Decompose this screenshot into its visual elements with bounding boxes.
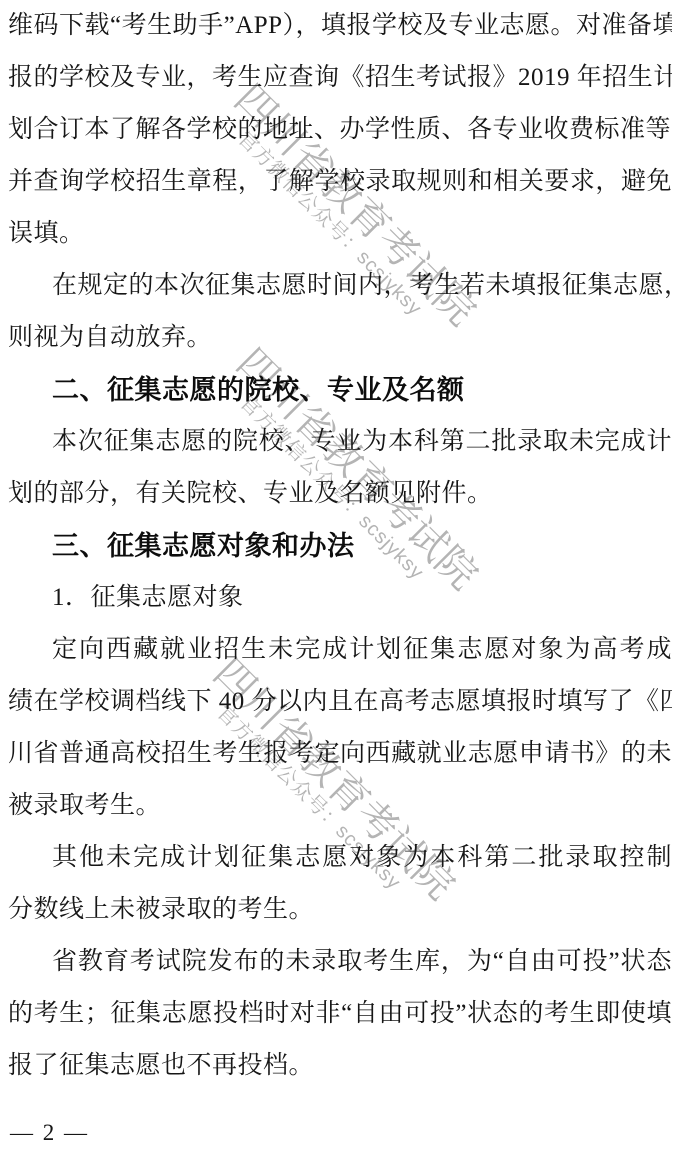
text-flow: 维码下载“考生助手”APP），填报学校及专业志愿。对准备填报的学校及专业，考生应…: [8, 0, 672, 1092]
section-heading: 三、征集志愿对象和办法: [8, 520, 672, 572]
text-line: 定向西藏就业招生未完成计划征集志愿对象为高考成: [8, 624, 672, 676]
text-line: 误填。: [8, 208, 672, 260]
text-line: 省教育考试院发布的未录取考生库，为“自由可投”状态: [8, 936, 672, 988]
text-line: 报了征集志愿也不再投档。: [8, 1040, 672, 1092]
text-line: 划的部分，有关院校、专业及名额见附件。: [8, 468, 672, 520]
section-heading: 二、征集志愿的院校、专业及名额: [8, 364, 672, 416]
text-line: 分数线上未被录取的考生。: [8, 884, 672, 936]
text-line: 维码下载“考生助手”APP），填报学校及专业志愿。对准备填: [8, 0, 672, 52]
text-line: 的考生；征集志愿投档时对非“自由可投”状态的考生即使填: [8, 988, 672, 1040]
text-line: 1．征集志愿对象: [8, 572, 672, 624]
text-line: 并查询学校招生章程，了解学校录取规则和相关要求，避免: [8, 156, 672, 208]
document-page: 四川省教育考试院 官方微信公众号：scsjyksy 四川省教育考试院 官方微信公…: [0, 0, 680, 1160]
page-number: — 2 —: [10, 1120, 89, 1146]
text-line: 则视为自动放弃。: [8, 312, 672, 364]
text-line: 绩在学校调档线下 40 分以内且在高考志愿填报时填写了《四: [8, 676, 672, 728]
text-line: 川省普通高校招生考生报考定向西藏就业志愿申请书》的未: [8, 728, 672, 780]
text-line: 在规定的本次征集志愿时间内，考生若未填报征集志愿，: [8, 260, 672, 312]
text-line: 被录取考生。: [8, 780, 672, 832]
text-line: 划合订本了解各学校的地址、办学性质、各专业收费标准等，: [8, 104, 672, 156]
text-line: 其他未完成计划征集志愿对象为本科第二批录取控制: [8, 832, 672, 884]
text-line: 本次征集志愿的院校、专业为本科第二批录取未完成计: [8, 416, 672, 468]
text-line: 报的学校及专业，考生应查询《招生考试报》2019 年招生计: [8, 52, 672, 104]
